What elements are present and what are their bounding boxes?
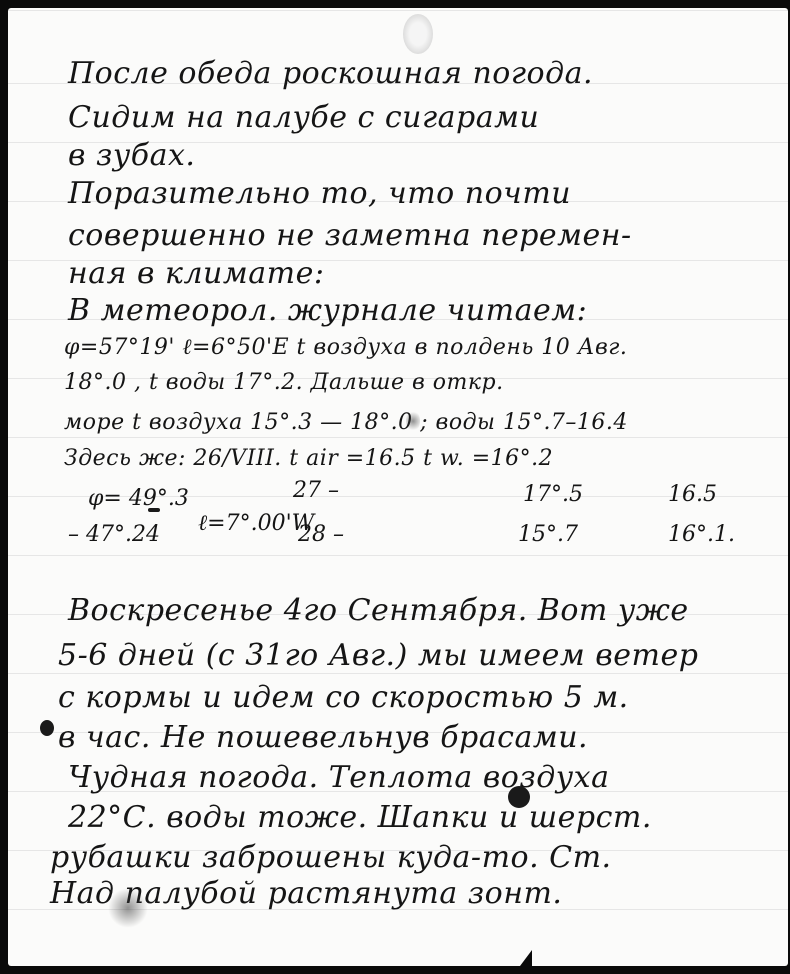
ink-smudge [406, 410, 420, 432]
text-line: Воскресенье 4го Сентября. Вот уже [68, 593, 689, 628]
table-cell-lat: φ= 49°.3 [88, 486, 189, 511]
table-cell-date: 27 – [293, 478, 339, 503]
table-cell-t-air: 15°.7 [518, 522, 578, 547]
text-line: рубашки заброшены куда-то. Ст. [50, 840, 612, 875]
diary-page: После обеда роскошная погода. Сидим на п… [8, 8, 788, 966]
table-cell-lat: – 47°.24 [68, 522, 160, 547]
table-cell-t-air: 17°.5 [523, 482, 583, 507]
ink-smudge [108, 888, 148, 928]
text-line: совершенно не заметна перемен- [68, 218, 632, 253]
text-line: Сидим на палубе с сигарами [68, 100, 539, 135]
table-cell-t-water: 16.5 [668, 482, 717, 507]
text-line: ная в климате: [68, 256, 324, 291]
table-cell-t-water: 16°.1. [668, 522, 735, 547]
text-line: Здесь же: 26/VIII. t air =16.5 t w. =16°… [64, 446, 553, 471]
ink-blot [40, 720, 54, 736]
text-line: После обеда роскошная погода. [68, 56, 593, 91]
punch-hole [403, 14, 433, 54]
text-line: 22°С. воды тоже. Шапки и шерст. [68, 800, 652, 835]
text-line: с кормы и идем со скоростью 5 м. [58, 680, 629, 715]
table-cell-lon: ℓ=7°.00'W [198, 510, 314, 536]
text-line: Поразительно то, что почти [68, 176, 571, 211]
ink-dash [148, 508, 160, 512]
text-line: в зубах. [68, 138, 195, 173]
text-line: в час. Не пошевельнув брасами. [58, 720, 588, 755]
text-line: В метеорол. журнале читаем: [68, 293, 587, 328]
text-line: φ=57°19' ℓ=6°50'E t воздуха в полдень 10… [64, 334, 627, 360]
text-line: 5-6 дней (с 31го Авг.) мы имеем ветер [58, 638, 698, 673]
text-line: 18°.0 , t воды 17°.2. Дальше в откр. [64, 370, 504, 395]
table-cell-date: 28 – [298, 522, 344, 547]
text-line: море t воздуха 15°.3 — 18°.0 ; воды 15°.… [64, 410, 628, 435]
text-line: Чудная погода. Теплота воздуха [68, 760, 609, 795]
ink-blot [508, 786, 530, 808]
page-corner-shadow [520, 950, 532, 966]
